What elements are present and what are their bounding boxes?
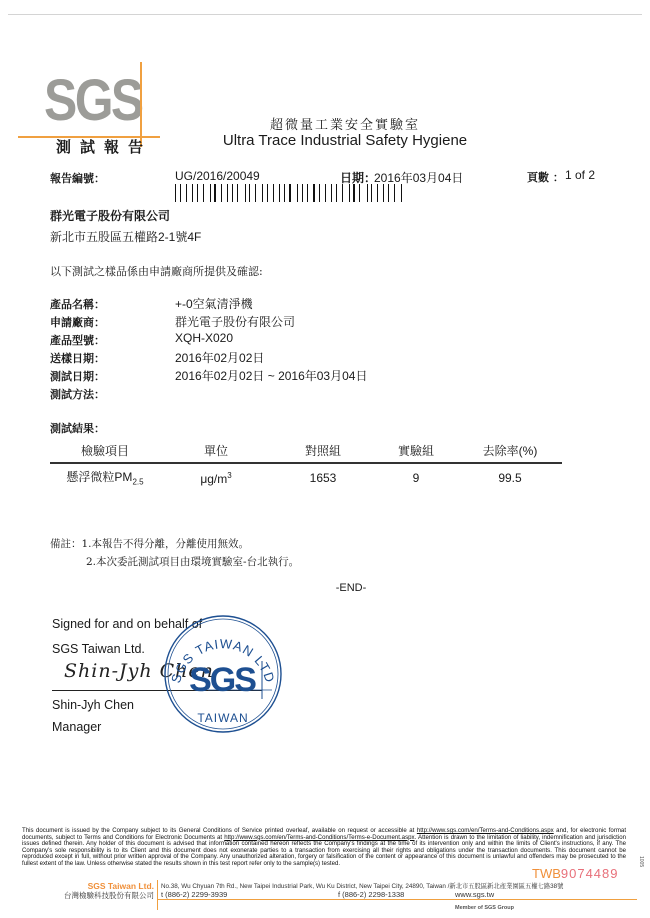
field-label-applicant: 申請廠商：	[50, 314, 105, 330]
table-row: 懸浮微粒PM2.5 μg/m3 1653 9 99.5	[50, 464, 562, 486]
cell-removal-rate: 99.5	[458, 468, 562, 486]
header-test-item: 檢驗項目	[50, 442, 160, 459]
field-value-test-date: 2016年02月02日 ~ 2016年03月04日	[175, 367, 367, 384]
footer-member-text: Member of SGS Group	[455, 905, 514, 911]
cell-experiment: 9	[374, 468, 458, 486]
field-value-sample-date: 2016年02月02日	[175, 349, 264, 366]
page-number: 1 of 2	[565, 168, 595, 182]
results-label: 測試結果：	[50, 420, 105, 436]
header-experiment: 實驗組	[374, 442, 458, 459]
field-label-test-method: 測試方法：	[50, 386, 105, 402]
report-number: UG/2016/20049	[175, 169, 260, 183]
field-label-model: 產品型號：	[50, 332, 105, 348]
footer-divider-vertical	[157, 880, 158, 910]
header-unit: 單位	[160, 442, 272, 459]
end-marker: -END-	[0, 582, 650, 594]
footer-telephone: t (886-2) 2299-3939	[161, 890, 227, 899]
field-value-model: XQH-X020	[175, 331, 233, 345]
page-label: 頁數 ：	[527, 169, 564, 185]
signer-name: Shin-Jyh Chen	[52, 694, 134, 716]
footer-company-en: SGS Taiwan Ltd.	[60, 881, 154, 891]
field-label-product-name: 產品名稱：	[50, 296, 105, 312]
field-label-test-date: 測試日期：	[50, 368, 105, 384]
report-number-label: 報告編號：	[50, 170, 105, 186]
side-code: 1005	[638, 856, 644, 867]
footer-fax: f (886-2) 2298-1338	[338, 890, 404, 899]
table-header: 檢驗項目 單位 對照組 實驗組 去除率(%)	[50, 442, 562, 464]
footer-divider-horizontal	[157, 899, 637, 900]
header-removal-rate: 去除率(%)	[458, 442, 562, 459]
header-control: 對照組	[272, 442, 374, 459]
stamp-bottom-text: TAIWAN	[197, 711, 248, 725]
notes: 備註：1.本報告不得分離，分離使用無效。 2.本次委託測試項目由環境實驗室-台北…	[50, 535, 299, 571]
note-1: 備註：1.本報告不得分離，分離使用無效。	[50, 535, 299, 553]
signer-info: Shin-Jyh Chen Manager	[52, 694, 134, 738]
serial-number: TWB9074489	[532, 866, 619, 881]
results-table: 檢驗項目 單位 對照組 實驗組 去除率(%) 懸浮微粒PM2.5 μg/m3 1…	[50, 442, 562, 486]
footer-company: SGS Taiwan Ltd. 台灣檢驗科技股份有限公司	[60, 881, 154, 901]
cell-test-item: 懸浮微粒PM2.5	[50, 468, 160, 486]
company-stamp: SGS TAIWAN LTD SGS TAIWAN	[162, 613, 284, 735]
client-address: 新北市五股區五權路2-1號4F	[50, 228, 201, 245]
footer-address: No.38, Wu Chyuan 7th Rd., New Taipei Ind…	[161, 881, 563, 890]
stamp-center-text: SGS	[189, 661, 256, 699]
barcode	[175, 184, 405, 202]
signer-title: Manager	[52, 716, 134, 738]
top-rule	[8, 14, 642, 15]
field-value-applicant: 群光電子股份有限公司	[175, 313, 295, 330]
lab-name-cn: 超微量工業安全實驗室	[0, 114, 650, 133]
cell-control: 1653	[272, 468, 374, 486]
field-label-sample-date: 送樣日期：	[50, 350, 105, 366]
document-title: 測試報告	[56, 136, 152, 157]
legal-disclaimer: This document is issued by the Company s…	[22, 828, 626, 868]
footer-website[interactable]: www.sgs.tw	[455, 890, 494, 899]
client-name: 群光電子股份有限公司	[50, 207, 170, 224]
field-value-product-name: +-0空氣清淨機	[175, 295, 253, 312]
footer-company-cn: 台灣檢驗科技股份有限公司	[60, 891, 154, 901]
intro-text: 以下測試之樣品係由申請廠商所提供及確認:	[50, 263, 263, 279]
cell-unit: μg/m3	[160, 468, 272, 486]
note-2: 2.本次委託測試項目由環境實驗室-台北執行。	[50, 553, 299, 571]
